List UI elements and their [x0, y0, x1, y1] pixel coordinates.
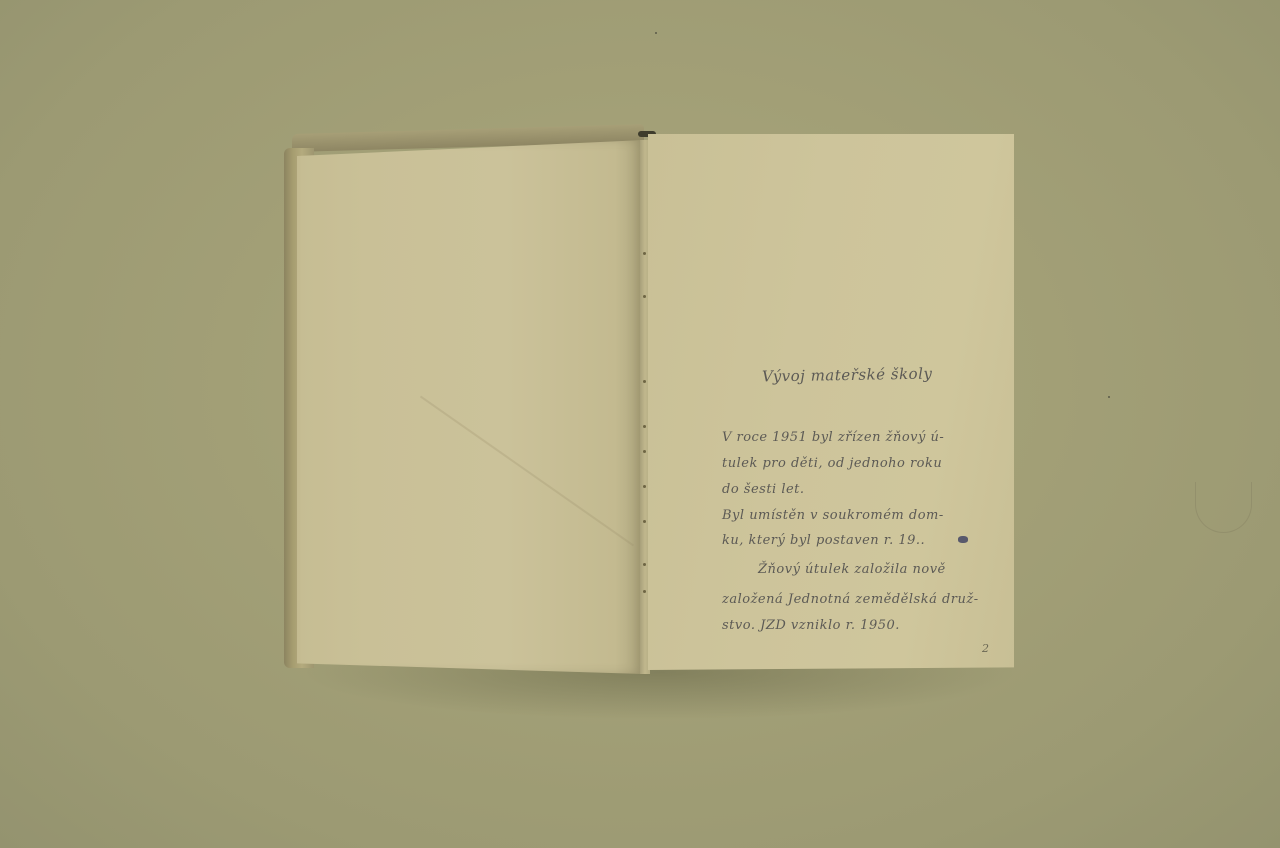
- binding-stitch: [643, 425, 646, 428]
- binding-stitch: [643, 563, 646, 566]
- text-line: stvo. JZD vzniklo r. 1950.: [722, 618, 900, 633]
- text-line: založená Jednotná zemědělská druž-: [722, 592, 979, 607]
- background-smudge: [1195, 482, 1252, 533]
- text-line: V roce 1951 byl zřízen žňový ú-: [722, 430, 944, 445]
- dust-speck: [1108, 396, 1110, 398]
- dust-speck: [655, 32, 657, 34]
- binding-stitch: [643, 590, 646, 593]
- right-page: [648, 134, 1014, 670]
- document-photo: Vývoj mateřské školy V roce 1951 byl zří…: [0, 0, 1280, 848]
- page-crease: [420, 396, 634, 547]
- binding-stitch: [643, 380, 646, 383]
- text-line: do šesti let.: [722, 482, 805, 497]
- text-line: tulek pro děti, od jednoho roku: [722, 456, 942, 471]
- page-number: 2: [982, 642, 990, 655]
- text-line: ku, který byl postaven r. 19..: [722, 533, 925, 548]
- binding-stitch: [643, 520, 646, 523]
- text-line: Žňový útulek založila nově: [758, 562, 946, 577]
- binding-stitch: [643, 485, 646, 488]
- page-title: Vývoj mateřské školy: [762, 365, 933, 386]
- binding-stitch: [643, 450, 646, 453]
- left-page: [297, 140, 643, 674]
- binding-stitch: [643, 252, 646, 255]
- text-line: Byl umístěn v soukromém dom-: [722, 508, 944, 523]
- binding-stitch: [643, 295, 646, 298]
- ink-blot: [958, 536, 968, 543]
